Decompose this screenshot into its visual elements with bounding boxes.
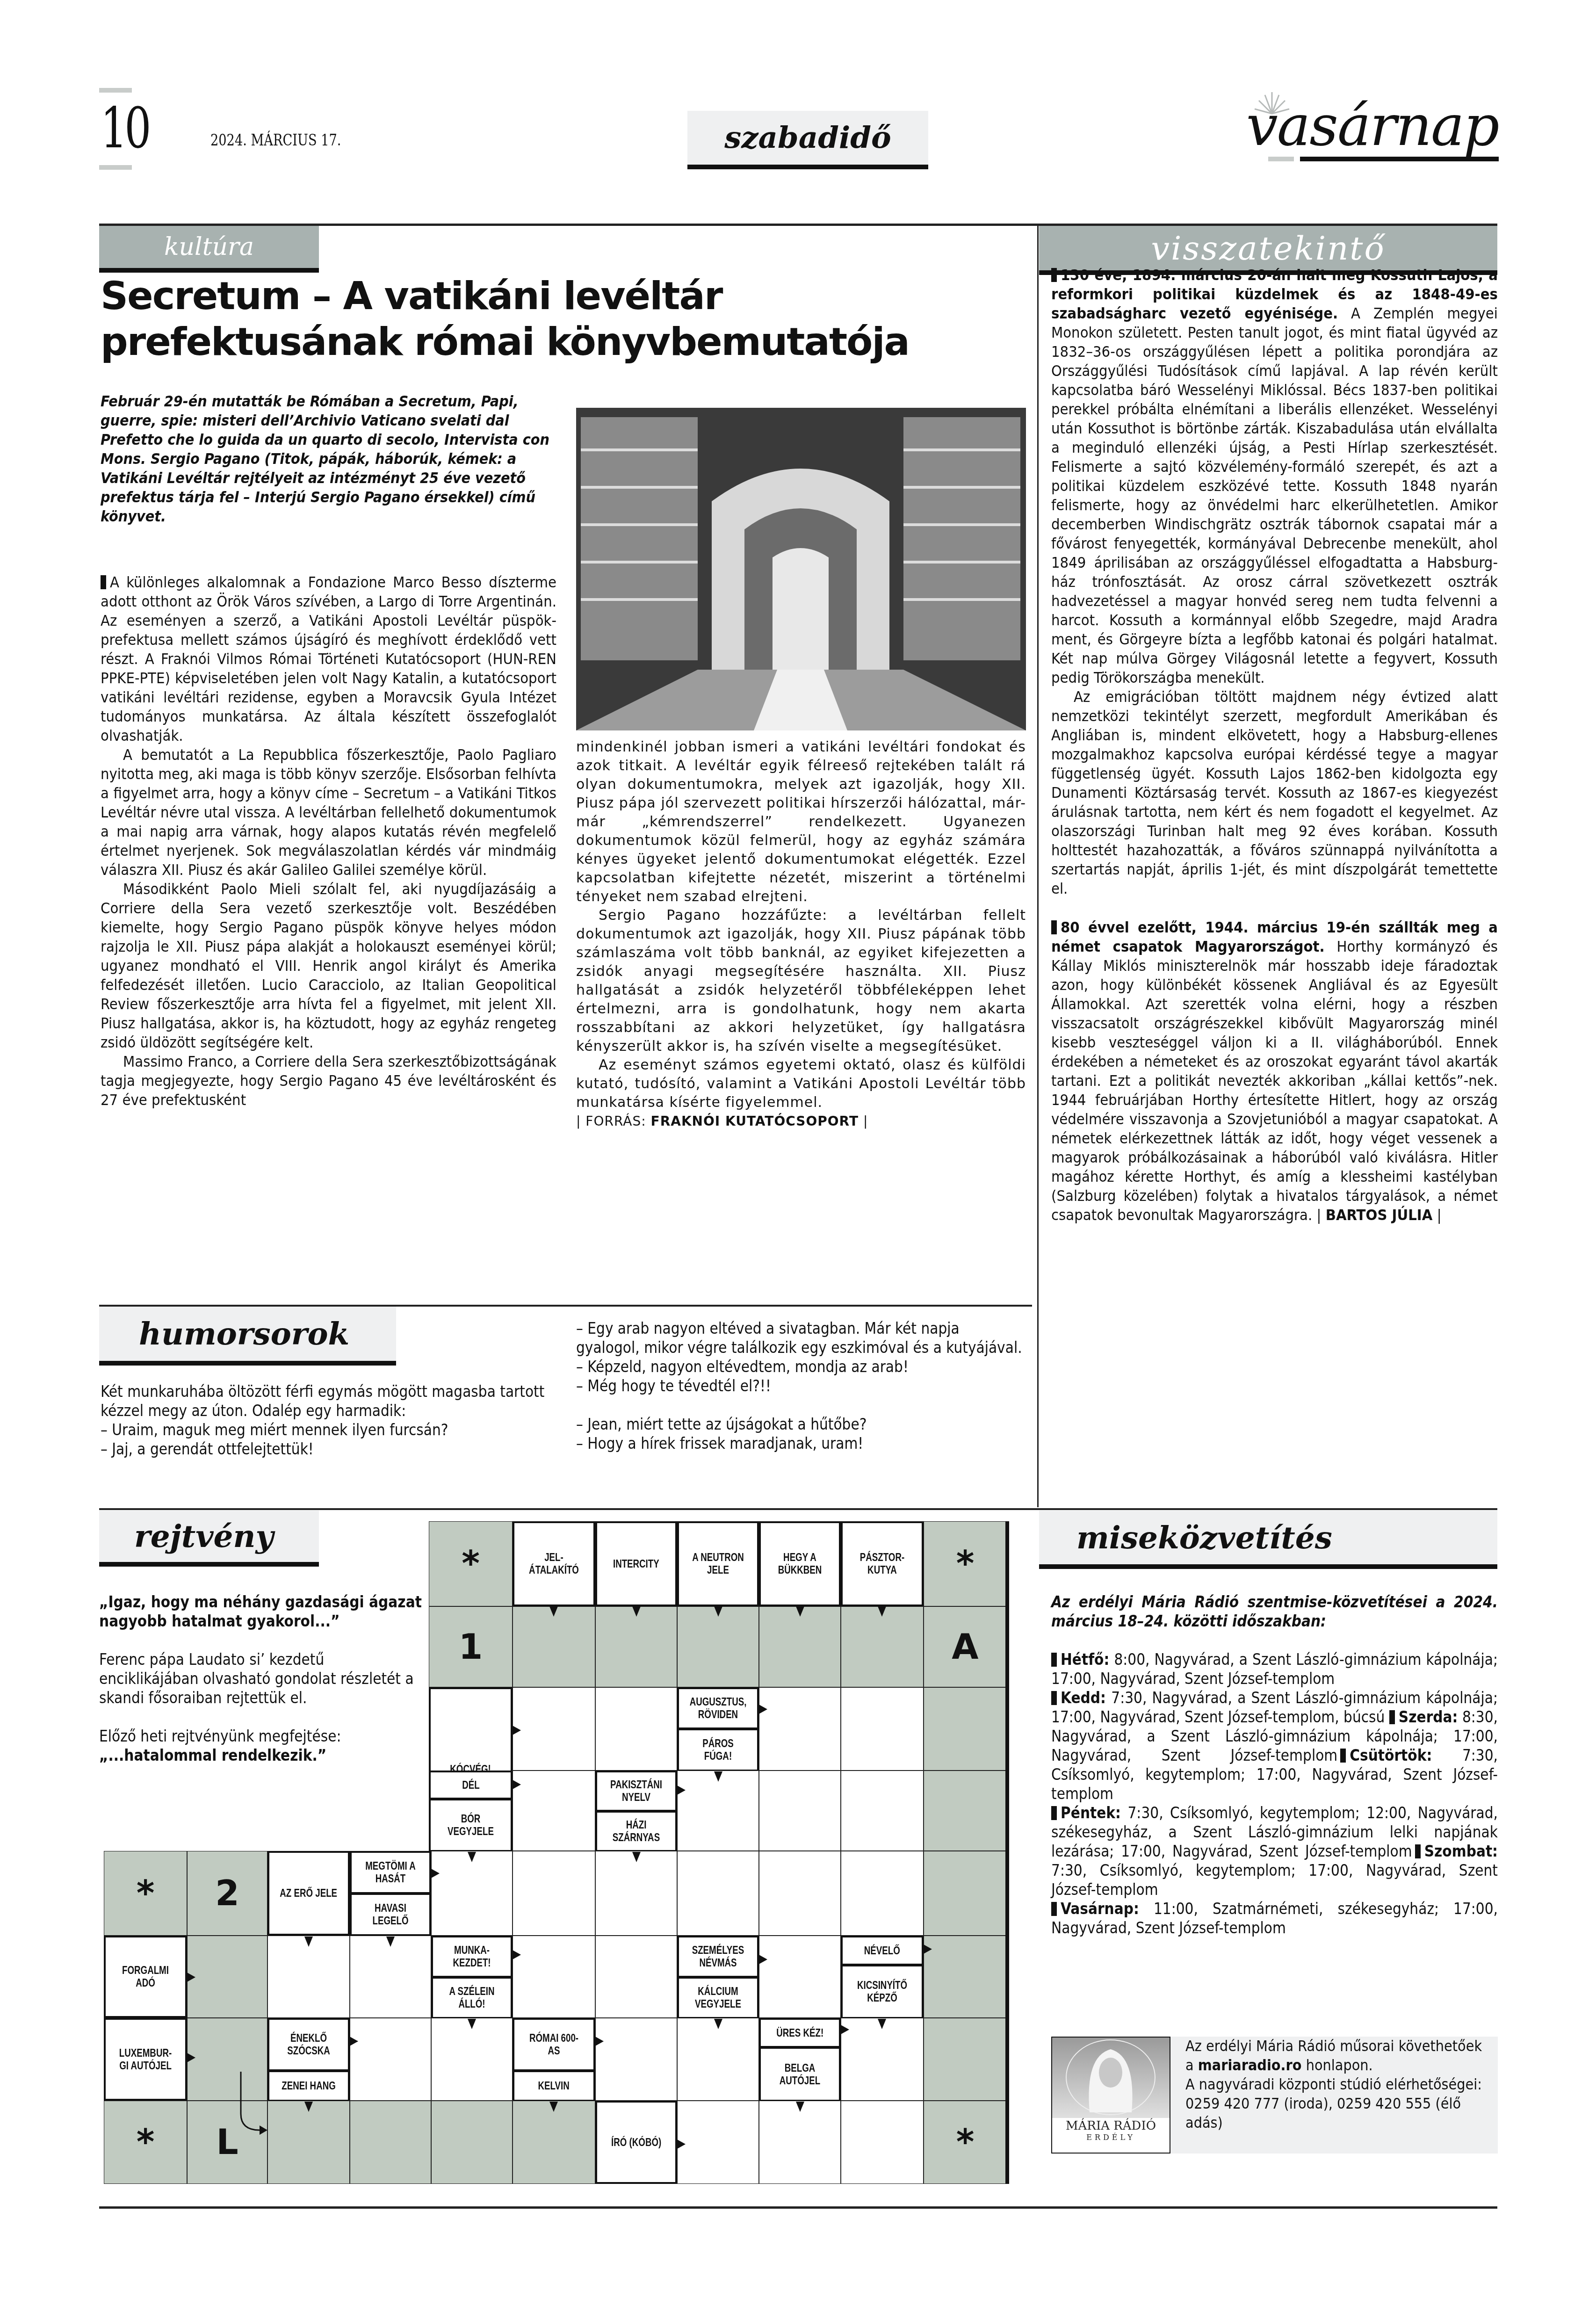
joke-1: Két munkaruhába öltözött férfi egymás mö… [101, 1382, 559, 1459]
radio-text: honlapon. [1306, 2056, 1373, 2074]
mass-day-monday: Hétfő: 8:00, Nagyvárad, a Szent László-g… [1051, 1650, 1498, 1688]
arrow-down-icon [878, 1606, 886, 1617]
clue-text: MUNKA-KEZDET! [442, 1944, 501, 1969]
crossword-cell[interactable] [759, 1771, 841, 1851]
decor-bar [99, 88, 132, 93]
tab-label: kultúra [164, 233, 254, 261]
arrow-right-icon [187, 1973, 195, 1982]
crossword-cell[interactable] [187, 1936, 267, 2018]
clue-text: FORGALMI ADÓ [115, 1964, 175, 1989]
crossword-cell[interactable] [595, 2018, 677, 2101]
crossword-cell[interactable] [431, 2101, 513, 2184]
bullet-square-icon [1051, 1691, 1057, 1705]
joke-line: – Uraim, maguk meg miért mennek ilyen fu… [101, 1420, 559, 1439]
crossword-cell[interactable] [841, 1606, 924, 1687]
arrow-right-icon [513, 1726, 521, 1735]
source-label: FORRÁS: [585, 1113, 646, 1129]
clue-text: A SZÉLEIN ÁLLÓ! [442, 1985, 501, 2010]
clue-cell: SZEMÉLYES NÉVMÁS [677, 1936, 759, 1978]
arrow-down-icon [304, 1937, 313, 1947]
joke-line: – Egy arab nagyon eltéved a sivatagban. … [576, 1319, 1025, 1357]
crossword-cell[interactable] [267, 2101, 350, 2184]
clue-cell: ZENEI HANG [267, 2070, 350, 2102]
crossword-cell[interactable] [595, 1936, 677, 2018]
crossword-cell[interactable] [513, 1936, 595, 2018]
clue-cell: ÜRES KÉZ! [759, 2018, 841, 2048]
clue-text: ÍRÓ (KÓBÓ) [611, 2136, 661, 2149]
library-photo-icon [576, 408, 1026, 730]
clue-text: ÉNEKLŐ SZÓCSKA [279, 2032, 339, 2057]
crossword-cell[interactable] [513, 1687, 595, 1771]
arrow-down-icon [632, 1852, 641, 1862]
clue-cell: MUNKA-KEZDET! [431, 1936, 513, 1978]
grid-border [1005, 1521, 1009, 2184]
clue-cell: PÁROS FÚGA! [677, 1728, 759, 1771]
clue-text: LUXEMBUR-GI AUTÓJEL [115, 2047, 175, 2072]
crossword-cell[interactable] [267, 1936, 350, 2018]
clue-cell: HEGY A BÜKKBEN [759, 1521, 841, 1606]
arrow-right-icon [677, 2139, 686, 2149]
puzzle-intro: „Igaz, hogy ma néhány gazdasági ágazat n… [99, 1592, 422, 1765]
day-label: Csütörtök: [1350, 1746, 1432, 1764]
crossword-cell[interactable] [759, 1851, 841, 1936]
mass-days: Hétfő: 8:00, Nagyvárad, a Szent László-g… [1051, 1650, 1498, 1937]
clue-cell: ÉNEKLŐ SZÓCSKA [267, 2018, 350, 2071]
clue-cell: PAKISZTÁNI NYELV [595, 1771, 677, 1812]
clue-cell: BELGA AUTÓJEL [759, 2047, 841, 2102]
clue-cell: LUXEMBUR-GI AUTÓJEL [104, 2018, 187, 2101]
article-photo [576, 408, 1026, 730]
clue-cell: NÉVELŐ [841, 1936, 924, 1966]
article-body-left: A különleges alkalomnak a Fondazione Mar… [101, 573, 556, 1110]
arrow-down-icon [304, 2102, 313, 2112]
marker-star: * [429, 1521, 513, 1606]
radio-logo-name: MÁRIA RÁDIÓ [1052, 2119, 1170, 2133]
clue-text: BELGA AUTÓJEL [770, 2062, 830, 2087]
clue-text: ÜRES KÉZ! [776, 2027, 823, 2039]
clue-cell: A NEUTRON JELE [677, 1521, 759, 1606]
crossword-cell[interactable] [759, 1687, 841, 1771]
bullet-square-icon [101, 575, 106, 589]
arrow-down-icon [468, 1852, 476, 1862]
arrow-right-icon [595, 2037, 604, 2046]
radio-logo-region: ERDÉLY [1052, 2133, 1170, 2142]
retro-column: 130 éve, 1894. március 20-án halt meg Ko… [1051, 266, 1498, 1225]
arrow-down-icon [796, 1606, 804, 1617]
clue-cell: BÓR VEGYJELE [429, 1799, 513, 1852]
crossword-cell[interactable] [759, 1936, 841, 2018]
arrow-right-icon [513, 1780, 521, 1789]
paragraph: Sergio Pagano hozzáfűzte: a levéltárban … [576, 906, 1026, 1056]
arrow-right-icon [759, 1705, 767, 1714]
bullet-square-icon [1051, 268, 1057, 282]
joke-line: – Jean, miért tette az újságokat a hűtőb… [576, 1415, 1025, 1434]
decor-bar [99, 165, 132, 170]
day-label: Szombat: [1424, 1842, 1498, 1860]
prev-solution-answer: „...hatalommal rendelkezik.” [99, 1746, 422, 1765]
day-label: Péntek: [1061, 1804, 1121, 1822]
clue-cell: HAVASI LEGELŐ [350, 1893, 431, 1936]
clue-cell: HÁZI SZÁRNYAS [595, 1811, 677, 1852]
retro-item-text: Horthy kormányzó és Kállay Miklós minisz… [1051, 938, 1498, 1224]
crossword-cell[interactable] [841, 1771, 924, 1851]
clue-text: HEGY A BÜKKBEN [770, 1551, 830, 1576]
arrow-right-icon [350, 2037, 358, 2046]
clue-text: NÉVELŐ [864, 1944, 900, 1957]
joke-2: – Egy arab nagyon eltéved a sivatagban. … [576, 1319, 1025, 1453]
section-label: szabadidő [687, 111, 928, 169]
clue-text: AUGUSZTUS, RÖVIDEN [688, 1696, 748, 1721]
clue-text: PÁSZTOR-KUTYA [852, 1551, 912, 1576]
bullet-square-icon [1389, 1710, 1395, 1724]
crossword-cell[interactable] [431, 1851, 513, 1936]
paragraph: A különleges alkalomnak a Fondazione Mar… [101, 573, 556, 745]
section-tab-misekozvetites: miseközvetítés [1039, 1511, 1497, 1569]
divider [99, 2206, 1497, 2209]
arrow-down-icon [468, 2019, 476, 2029]
crossword-cell[interactable] [350, 2018, 431, 2101]
day-label: Szerda: [1399, 1708, 1458, 1726]
puzzle-description: Ferenc pápa Laudato si’ kezdetű enciklik… [99, 1650, 422, 1707]
arrow-right-icon [677, 1785, 686, 1795]
mass-day-sunday: Vasárnap: 11:00, Szatmárnémeti, székeseg… [1051, 1899, 1498, 1937]
bullet-square-icon [1340, 1749, 1346, 1763]
puzzle-quote: „Igaz, hogy ma néhány gazdasági ágazat n… [99, 1592, 422, 1631]
arrow-right-icon [759, 1955, 767, 1964]
crossword-cell[interactable] [841, 1851, 924, 1936]
arrow-down-icon [549, 1606, 558, 1617]
paragraph: Az eseményt számos egyetemi oktató, olas… [576, 1056, 1026, 1112]
mass-day-friday: Péntek: 7:30, Csíksomlyó, kegytemplom; 1… [1051, 1803, 1498, 1899]
paragraph-text: A különleges alkalomnak a Fondazione Mar… [101, 573, 556, 744]
crossword-cell[interactable] [677, 2101, 759, 2184]
mass-day-tuesday: Kedd: 7:30, Nagyvárad, a Szent László-gi… [1051, 1688, 1498, 1803]
clue-text: MEGTÖMI A HASÁT [361, 1860, 420, 1885]
paragraph: Massimo Franco, a Corriere della Sera sz… [101, 1052, 556, 1110]
crossword-cell[interactable] [595, 1851, 677, 1936]
crossword-cell[interactable] [841, 1687, 924, 1771]
arrow-down-icon [714, 1606, 722, 1617]
joke-line: Két munkaruhába öltözött férfi egymás mö… [101, 1382, 559, 1420]
bullet-square-icon [1415, 1844, 1421, 1858]
clue-text: BÓR VEGYJELE [440, 1813, 501, 1838]
clue-cell: KICSINYÍTŐ KÉPZŐ [841, 1965, 924, 2019]
section-tab-rejtveny: rejtvény [99, 1511, 319, 1567]
crossword-cell[interactable] [350, 2101, 431, 2184]
section-tab-kultura: kultúra [99, 226, 319, 273]
crossword-cell[interactable] [595, 1606, 677, 1687]
source-line: | FORRÁS: FRAKNÓI KUTATÓCSOPORT | [576, 1112, 1026, 1131]
day-label: Vasárnap: [1061, 1900, 1139, 1918]
clue-text: PAKISZTÁNI NYELV [607, 1778, 666, 1804]
clue-text: AZ ERŐ JELE [280, 1887, 338, 1900]
marker-a: A [924, 1606, 1007, 1687]
maria-radio-logo: MÁRIA RÁDIÓ ERDÉLY [1051, 2037, 1170, 2154]
retro-item-kossuth: 130 éve, 1894. március 20-án halt meg Ko… [1051, 266, 1498, 687]
clue-cell: ÍRÓ (KÓBÓ) [595, 2101, 677, 2184]
clue-cell: KELVIN [513, 2070, 595, 2102]
retro-item-text: A Zemplén megyei Monokon született. Pest… [1051, 304, 1498, 687]
paragraph: Az emigrációban töltött majdnem négy évt… [1051, 687, 1498, 898]
crossword-cell [924, 2018, 1007, 2101]
crossword-cell [924, 1851, 1007, 1936]
mass-schedule: Az erdélyi Mária Rádió szentmise-közvetí… [1051, 1592, 1498, 1937]
clue-text: SZEMÉLYES NÉVMÁS [688, 1944, 748, 1969]
marker-two: 2 [187, 1851, 267, 1936]
clue-cell: AUGUSZTUS, RÖVIDEN [677, 1687, 759, 1729]
marker-one: 1 [429, 1606, 513, 1687]
crossword-cell[interactable] [677, 2018, 759, 2101]
divider [99, 1508, 1497, 1510]
radio-contact: A nagyváradi központi stúdió elérhetőség… [1185, 2075, 1482, 2132]
bullet-square-icon [1051, 1806, 1057, 1820]
crossword-cell[interactable] [924, 1936, 1007, 2018]
clue-cell: JEL-ÁTALAKÍTÓ [513, 1521, 595, 1606]
headline-line: Secretum – A vatikáni levéltár [101, 274, 1031, 319]
article-lead: Február 29-én mutatták be Rómában a Secr… [101, 392, 561, 526]
bullet-square-icon [1051, 920, 1057, 934]
radio-website-link[interactable]: mariaradio.ro [1198, 2056, 1302, 2074]
crossword-cell[interactable] [513, 1771, 595, 1851]
clue-text: JEL-ÁTALAKÍTÓ [524, 1551, 584, 1576]
radio-info-text: Az erdélyi Mária Rádió műsorai követhető… [1185, 2037, 1489, 2132]
madonna-image-icon [1052, 2038, 1170, 2117]
headline-line: prefektusának római könyvbemutatója [101, 319, 1031, 365]
bullet-square-icon [1051, 1653, 1057, 1667]
paragraph: mindenkinél jobban ismeri a vatikáni lev… [576, 738, 1026, 906]
tab-label: humorsorok [139, 1315, 349, 1352]
clue-cell: KÁLCIUM VEGYJELE [677, 1977, 759, 2019]
tab-label: rejtvény [134, 1518, 274, 1554]
decor-bar [1300, 157, 1499, 161]
bullet-square-icon [1051, 1902, 1057, 1916]
clue-text: HÁZI SZÁRNYAS [607, 1819, 666, 1844]
clue-cell: DÉL [429, 1771, 513, 1800]
arrow-down-icon [549, 2102, 558, 2112]
joke-line: – Még hogy te tévedtél el?!! [576, 1376, 1025, 1395]
author-name: BARTOS JÚLIA [1326, 1206, 1433, 1224]
marker-star: * [924, 2101, 1007, 2184]
clue-text: PÁROS FÚGA! [688, 1737, 748, 1763]
crossword-cell[interactable] [759, 2101, 841, 2184]
clue-cell: FORGALMI ADÓ [104, 1936, 187, 2018]
marker-star: * [104, 1851, 187, 1936]
clue-text: ZENEI HANG [282, 2080, 335, 2092]
clue-text: KELVIN [538, 2080, 570, 2092]
crossword-cell[interactable] [841, 2018, 924, 2101]
clue-cell: RÓMAI 600-AS [513, 2018, 595, 2071]
arrow-down-icon [878, 2019, 886, 2029]
marker-star: * [104, 2101, 187, 2184]
joke-line: – Hogy a hírek frissek maradjanak, uram! [576, 1434, 1025, 1453]
crossword-cell [924, 1687, 1007, 1771]
paragraph: A bemutatót a La Repubblica főszerkesztő… [101, 745, 556, 880]
newspaper-logo: vasárnap [1246, 98, 1498, 154]
crossword-cell[interactable] [677, 1771, 759, 1851]
arrow-right-icon [187, 2053, 195, 2062]
arrow-right-icon [513, 1950, 521, 1959]
arrow-down-icon [714, 1771, 722, 1782]
tab-label: miseközvetítés [1076, 1519, 1332, 1556]
day-text: 7:30, Csíksomlyó, kegytemplom; 17:00, Na… [1051, 1861, 1498, 1899]
clue-cell: AZ ERŐ JELE [267, 1851, 350, 1936]
decor-bar [1268, 157, 1294, 161]
arrow-right-icon [924, 1944, 932, 1954]
crossword-cell[interactable] [677, 1851, 759, 1936]
clue-text: HAVASI LEGELŐ [361, 1902, 420, 1927]
arrow-down-icon [796, 2102, 804, 2112]
arrow-down-icon [386, 1937, 395, 1947]
crossword-cell[interactable] [350, 1936, 431, 2018]
day-text: 8:00, Nagyvárad, a Szent László-gimnáziu… [1051, 1650, 1498, 1688]
arrow-down-icon [632, 1606, 641, 1617]
clue-text: KÁLCIUM VEGYJELE [688, 1985, 748, 2010]
page-number: 10 [101, 101, 149, 157]
crossword-cell[interactable] [759, 1606, 841, 1687]
marker-star: * [924, 1521, 1007, 1606]
arrow-right-icon [431, 1869, 440, 1878]
joke-line: – Jaj, a gerendát ottfelejtettük! [101, 1439, 559, 1459]
arrow-down-icon [714, 2019, 722, 2029]
article-headline: Secretum – A vatikáni levéltár prefektus… [101, 274, 1031, 365]
clue-text: KICSINYÍTŐ KÉPZŐ [852, 1979, 912, 2004]
clue-text: A NEUTRON JELE [688, 1551, 748, 1576]
section-label-text: szabadidő [724, 120, 891, 155]
joke-line: – Képzeld, nagyon eltévedtem, mondja az … [576, 1357, 1025, 1376]
clue-text: INTERCITY [613, 1558, 659, 1570]
day-label: Kedd: [1061, 1689, 1106, 1707]
prev-solution-label: Előző heti rejtvényünk megfejtése: [99, 1727, 422, 1746]
crossword-cell[interactable] [513, 1851, 595, 1936]
clue-text: DÉL [462, 1779, 479, 1792]
clue-cell: MEGTÖMI A HASÁT [350, 1851, 431, 1894]
crossword-cell[interactable] [513, 2101, 595, 2184]
article-body-middle: mindenkinél jobban ismeri a vatikáni lev… [576, 738, 1026, 1131]
issue-date: 2024. MÁRCIUS 17. [210, 131, 341, 150]
retro-item-1944: 80 évvel ezelőtt, 1944. március 19-én sz… [1051, 918, 1498, 1225]
paragraph: Másodikként Paolo Mieli szólalt fel, aki… [101, 880, 556, 1052]
clue-text: RÓMAI 600-AS [524, 2032, 584, 2057]
clue-cell: INTERCITY [595, 1521, 677, 1606]
crossword-cell[interactable] [677, 1606, 759, 1687]
curved-arrow-icon [238, 2072, 276, 2142]
source-name: FRAKNÓI KUTATÓCSOPORT [651, 1113, 859, 1129]
column-divider [1037, 226, 1039, 1507]
crossword-cell[interactable] [595, 1687, 677, 1771]
tab-label: visszatekintő [1151, 229, 1385, 267]
section-tab-humorsorok: humorsorok [99, 1307, 396, 1366]
clue-cell: PÁSZTOR-KUTYA [841, 1521, 924, 1606]
arrow-right-icon [841, 2025, 849, 2034]
crossword-cell[interactable] [513, 1606, 595, 1687]
crossword-cell [924, 1771, 1007, 1851]
clue-cell: A SZÉLEIN ÁLLÓ! [431, 1977, 513, 2019]
crossword-cell[interactable] [431, 2018, 513, 2101]
mass-intro: Az erdélyi Mária Rádió szentmise-közvetí… [1051, 1592, 1498, 1631]
day-label: Hétfő: [1061, 1650, 1109, 1669]
crossword-cell[interactable] [841, 2101, 924, 2184]
